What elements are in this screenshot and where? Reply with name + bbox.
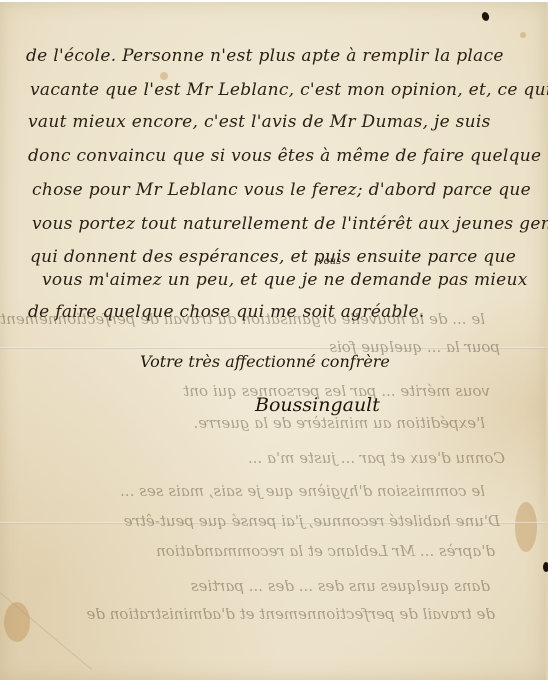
letter-line: de l'école. Personne n'est plus apte à r… (26, 46, 504, 66)
bleed-through-line: d'après ... Mr Leblanc et la recommandat… (5, 542, 495, 560)
bleed-through-line: dans quelques uns des ... des ... partie… (50, 577, 490, 595)
letter-line: qui donnent des espérances, et puis ensu… (30, 247, 516, 267)
letter-line: vous m'aimez un peu, et que je ne demand… (42, 270, 528, 290)
letter-closing: Votre très affectionné confrère (140, 352, 390, 371)
bleed-through-line: le commission d'hygiène que je sais, mai… (45, 482, 485, 500)
letter-page: pour la ... quelque fois vous mérite ...… (0, 2, 548, 680)
letter-line: vaut mieux encore, c'est l'avis de Mr Du… (28, 112, 491, 132)
bleed-through-line: l'expédition au ministère de la guerre. (185, 414, 485, 432)
foxing-stain (515, 502, 537, 552)
bleed-through-line: D'une habileté reconnue, j'ai pensé que … (10, 512, 500, 530)
interlinear-insertion: vous (318, 256, 341, 267)
bleed-through-line: Connu d'eux et par ... juste m'a ... (35, 449, 505, 467)
bleed-through-line: de travail de perfectionnement et d'admi… (25, 605, 495, 623)
letter-line: vous portez tout naturellement de l'inté… (32, 214, 548, 234)
foxing-stain (520, 32, 526, 38)
letter-line: de faire quelque chose qui me soit agréa… (28, 302, 425, 322)
ink-blot (543, 562, 548, 572)
letter-line: chose pour Mr Leblanc vous le ferez; d'a… (32, 180, 531, 200)
signature: Boussingault (255, 394, 380, 416)
ink-blot (481, 11, 491, 22)
letter-line: vacante que l'est Mr Leblanc, c'est mon … (30, 80, 548, 100)
letter-line: donc convaincu que si vous êtes à même d… (28, 146, 541, 166)
foxing-stain (160, 72, 168, 80)
